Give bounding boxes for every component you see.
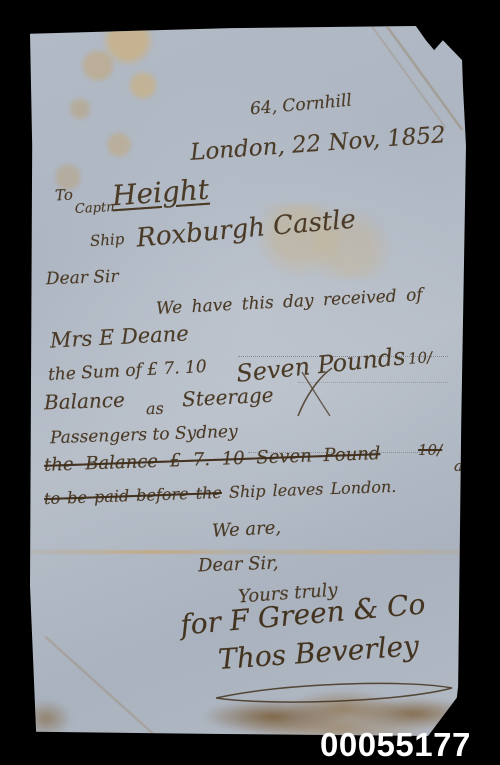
photo-stage: 64, Cornhill London, 22 Nov, 1852 To Cap… bbox=[0, 0, 500, 765]
as-word: as bbox=[146, 400, 164, 418]
ship-name: Roxburgh Castle bbox=[135, 205, 357, 253]
balance-word: Balance bbox=[44, 389, 126, 414]
captain-name: Height bbox=[111, 175, 210, 212]
closing-we-are: We are, bbox=[212, 518, 282, 541]
steerage-word: Steerage bbox=[181, 384, 274, 411]
salutation: Dear Sir bbox=[46, 268, 119, 289]
passengers-line: Passengers to Sydney bbox=[50, 423, 238, 448]
struck-condition-text: to be paid before the bbox=[44, 483, 222, 508]
struck-shillings: 10/ bbox=[418, 442, 442, 459]
payment-condition-line: to be paid before the Ship leaves London… bbox=[44, 478, 397, 508]
corner-fold-crease-2 bbox=[369, 22, 447, 128]
captain-title: Captn bbox=[75, 201, 115, 217]
payer-name: Mrs E Deane bbox=[49, 322, 189, 352]
sum-prefix: the Sum of £ 7. 10 bbox=[48, 358, 208, 385]
struck-balance-line: the Balance £ 7. 10 Seven Pound bbox=[44, 444, 381, 476]
signature: Thos Beverley bbox=[217, 631, 420, 676]
letter-paper: 64, Cornhill London, 22 Nov, 1852 To Cap… bbox=[30, 26, 466, 736]
received-line: We have this day received of bbox=[156, 286, 423, 319]
catalog-number: 00055177 bbox=[320, 728, 471, 761]
closing-dear-sir: Dear Sir, bbox=[198, 554, 279, 577]
sum-shillings: 10/ bbox=[407, 349, 432, 367]
struck-balance-text: the Balance £ 7. 10 Seven Pound bbox=[44, 443, 381, 476]
sender-address: 64, Cornhill bbox=[249, 92, 352, 120]
signature-flourish bbox=[210, 678, 460, 708]
stain-bottom-left-corner bbox=[24, 678, 88, 736]
struck-shillings-text: 10/ bbox=[418, 441, 442, 459]
ship-label: Ship bbox=[89, 231, 124, 250]
addressee-to: To bbox=[55, 187, 74, 204]
dateline: London, 22 Nov, 1852 bbox=[189, 123, 446, 166]
ink-flourish-cross bbox=[292, 366, 338, 420]
after-struck-word: as bbox=[454, 458, 471, 475]
corner-fold-crease bbox=[386, 26, 463, 131]
bottom-left-crease bbox=[45, 636, 158, 738]
condition-rest-text: Ship leaves London. bbox=[229, 477, 397, 502]
